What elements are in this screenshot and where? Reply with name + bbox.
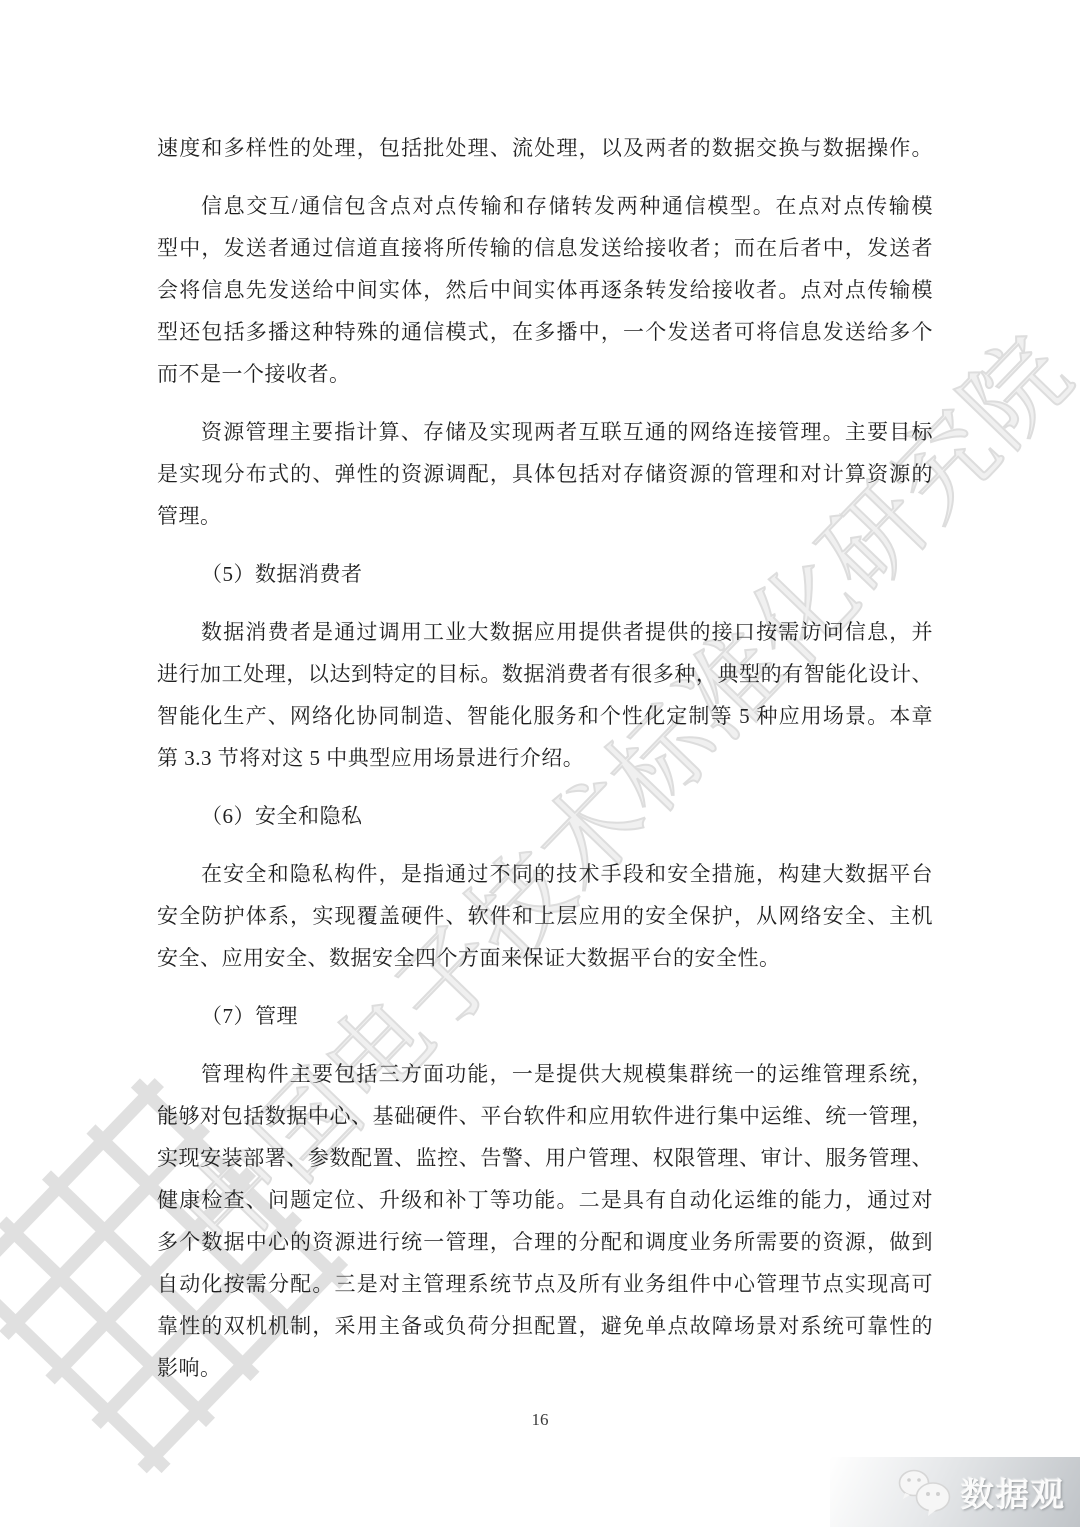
text-line: 安全、应用安全、数据安全四个方面来保证大数据平台的安全性。 (157, 937, 933, 979)
text-line: 数据消费者是通过调用工业大数据应用提供者提供的接口按需访问信息，并 (157, 611, 933, 653)
text-line: 型中，发送者通过信道直接将所传输的信息发送给接收者；而在后者中，发送者 (157, 227, 933, 269)
text-line: 速度和多样性的处理，包括批处理、流处理，以及两者的数据交换与数据操作。 (157, 127, 933, 169)
text-line: 多个数据中心的资源进行统一管理，合理的分配和调度业务所需要的资源，做到 (157, 1221, 933, 1263)
text-line: 进行加工处理，以达到特定的目标。数据消费者有很多种，典型的有智能化设计、 (157, 653, 933, 695)
text-line: 实现安装部署、参数配置、监控、告警、用户管理、权限管理、审计、服务管理、 (157, 1137, 933, 1179)
text-line: （6）安全和隐私 (157, 795, 933, 837)
text-line: 管理。 (157, 495, 933, 537)
footer-brand: 数据观 (830, 1457, 1080, 1527)
text-line: 而不是一个接收者。 (157, 353, 933, 395)
text-line: 影响。 (157, 1347, 933, 1389)
section-heading: （5）数据消费者 (157, 553, 933, 595)
text-line: 是实现分布式的、弹性的资源调配，具体包括对存储资源的管理和对计算资源的 (157, 453, 933, 495)
text-line: 靠性的双机机制，采用主备或负荷分担配置，避免单点故障场景对系统可靠性的 (157, 1305, 933, 1347)
section-heading: （7）管理 (157, 995, 933, 1037)
text-line: 型还包括多播这种特殊的通信模式，在多播中，一个发送者可将信息发送给多个 (157, 311, 933, 353)
text-line: 管理构件主要包括三方面功能，一是提供大规模集群统一的运维管理系统， (157, 1053, 933, 1095)
paragraph: 信息交互/通信包含点对点传输和存储转发两种通信模型。在点对点传输模型中，发送者通… (157, 185, 933, 395)
paragraph: 资源管理主要指计算、存储及实现两者互联互通的网络连接管理。主要目标是实现分布式的… (157, 411, 933, 537)
brand-text: 数据观 (961, 1469, 1066, 1516)
paragraph: 数据消费者是通过调用工业大数据应用提供者提供的接口按需访问信息，并进行加工处理，… (157, 611, 933, 779)
paragraph: 在安全和隐私构件，是指通过不同的技术手段和安全措施，构建大数据平台安全防护体系，… (157, 853, 933, 979)
wechat-icon (895, 1467, 953, 1517)
text-line: 资源管理主要指计算、存储及实现两者互联互通的网络连接管理。主要目标 (157, 411, 933, 453)
section-heading: （6）安全和隐私 (157, 795, 933, 837)
text-line: 在安全和隐私构件，是指通过不同的技术手段和安全措施，构建大数据平台 (157, 853, 933, 895)
text-line: 能够对包括数据中心、基础硬件、平台软件和应用软件进行集中运维、统一管理， (157, 1095, 933, 1137)
paragraph: 速度和多样性的处理，包括批处理、流处理，以及两者的数据交换与数据操作。 (157, 127, 933, 169)
text-line: （5）数据消费者 (157, 553, 933, 595)
page: 中国电子技术标准化研究院 速度和多样性的处理，包括批处理、流处理，以及两者的数据… (0, 0, 1080, 1527)
text-line: 第 3.3 节将对这 5 中典型应用场景进行介绍。 (157, 737, 933, 779)
text-line: 健康检查、问题定位、升级和补丁等功能。二是具有自动化运维的能力，通过对 (157, 1179, 933, 1221)
text-line: 自动化按需分配。三是对主管理系统节点及所有业务组件中心管理节点实现高可 (157, 1263, 933, 1305)
text-line: 信息交互/通信包含点对点传输和存储转发两种通信模型。在点对点传输模 (157, 185, 933, 227)
document-body: 速度和多样性的处理，包括批处理、流处理，以及两者的数据交换与数据操作。信息交互/… (157, 127, 933, 1389)
page-number: 16 (0, 1410, 1080, 1430)
text-line: 智能化生产、网络化协同制造、智能化服务和个性化定制等 5 种应用场景。本章 (157, 695, 933, 737)
text-line: （7）管理 (157, 995, 933, 1037)
text-line: 会将信息先发送给中间实体，然后中间实体再逐条转发给接收者。点对点传输模 (157, 269, 933, 311)
paragraph: 管理构件主要包括三方面功能，一是提供大规模集群统一的运维管理系统，能够对包括数据… (157, 1053, 933, 1389)
text-line: 安全防护体系，实现覆盖硬件、软件和上层应用的安全保护，从网络安全、主机 (157, 895, 933, 937)
